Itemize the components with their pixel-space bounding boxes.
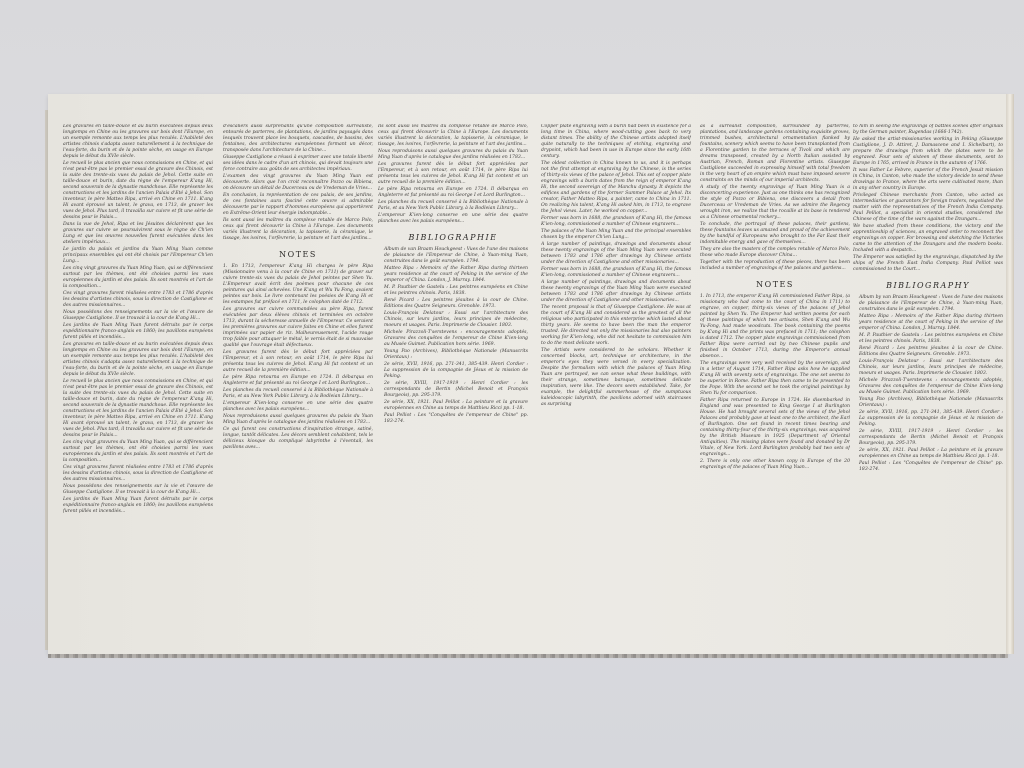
note: Le père Ripa retourna en Europe en 1724.…: [378, 187, 528, 199]
note: Les gravures sur cuivre commandées au pè…: [223, 307, 373, 349]
note: Les gravures furent dès le début fort ap…: [378, 162, 528, 186]
left-page-column-3: Ils sont aussi les maîtres du complexe r…: [378, 124, 528, 584]
bibliography-entry: 2e série, XX, 1921. Paul Pelliot : La pe…: [378, 400, 528, 412]
bibliographie-heading: BIBLIOGRAPHIE: [378, 235, 528, 241]
bibliography-entry: Michele Pirazzoli-T'serstevens : encoura…: [378, 330, 528, 348]
paragraph: Nous reproduisons aussi quelques gravure…: [378, 149, 528, 161]
bibliography-entry: Matteo Ripa : Memoirs of the Father Ripa…: [853, 314, 1003, 332]
paragraph: Les jardins de Yuan Ming Yuan furent dét…: [63, 323, 213, 341]
paragraph: as a surrealist composition, surrounded …: [700, 124, 850, 184]
paragraph: He asked the artist-missionaries working…: [853, 137, 1003, 167]
paragraph: Ces vingt gravures furent réalisées entr…: [63, 465, 213, 483]
right-page-column-3: to him in seeing the engravings of battl…: [853, 124, 1003, 614]
note: Les planches du recueil conservé à la Bi…: [223, 388, 373, 400]
note: 2. There is only one other known copy in…: [700, 459, 850, 471]
paragraph: d'escaliers aussi surprenants qu'une com…: [223, 124, 373, 154]
bibliography-entry: 2e série, XVIII, 1917-1919 : Henri Cordi…: [378, 381, 528, 399]
bibliography-entry: René Picard : Les peintres jésuites à la…: [378, 298, 528, 310]
paragraph: The palaces of the Yuan Ming Yuan and th…: [541, 229, 691, 241]
paragraph: Les cinq vingt gravures du Yuan Ming Yua…: [63, 266, 213, 290]
right-page-column-1: Copper plate engraving with a burin had …: [541, 124, 691, 604]
paragraph: They are also the masters of the complex…: [700, 247, 850, 259]
bibliography-entry: 2e série, XVIII, 1917-1919 : Henri Cordi…: [853, 429, 1003, 447]
paragraph: Les cinq vingt gravures du Yuan Ming Yua…: [63, 440, 213, 464]
paragraph: To conclude, the portrayal of these pala…: [700, 222, 850, 246]
paragraph: Former was born in 1688, the grandson of…: [541, 267, 691, 279]
note: 1. In 1713, the emperor K'ang Hi commiss…: [700, 294, 850, 360]
bibliography-entry: Matteo Ripa : Memoirs of the Father Ripa…: [378, 266, 528, 284]
right-page-column-2: as a surrealist composition, surrounded …: [700, 124, 850, 644]
paragraph: The oldest collection in China known to …: [541, 161, 691, 215]
paragraph: Nous possédons des renseignements sur la…: [63, 310, 213, 322]
paragraph: Giuseppe Castiglione a réussi à exprimer…: [223, 155, 373, 173]
paragraph: L'examen des vingt gravures du Yuan Ming…: [223, 174, 373, 192]
paragraph: Privileged Chinese merchants from Canton…: [853, 193, 1003, 223]
paragraph: The recent proposal is that of Giuseppe …: [541, 305, 691, 347]
paragraph: A large number of paintings, drawings an…: [541, 242, 691, 266]
bibliography-entry: M. P. Pauthier de Gastelu : Les peintres…: [378, 285, 528, 297]
bibliography-entry: Album by van Braam Houckgeest : Vues de …: [853, 295, 1003, 313]
paragraph: to him in seeing the engravings of battl…: [853, 124, 1003, 136]
paragraph: Nous reproduisons aussi quelques gravure…: [223, 414, 373, 426]
paragraph: En conclusion, la représentation de ces …: [223, 193, 373, 217]
paragraph: Ils sont aussi les maîtres du complexe r…: [378, 124, 528, 148]
paragraph: Le recueil le plus ancien que nous conna…: [63, 379, 213, 439]
bibliography-entry: Young Pao (Archives), Bibliothèque Natio…: [378, 349, 528, 361]
note: Father Ripa returned to Europe in 1724. …: [700, 398, 850, 458]
left-page-column-2: d'escaliers aussi surprenants qu'une com…: [223, 124, 373, 644]
bibliography-entry: Louis-François Delatour : Essai sur l'ar…: [853, 359, 1003, 377]
notes-heading-en: NOTES: [700, 282, 850, 288]
bibliography-heading: BIBLIOGRAPHY: [853, 283, 1003, 289]
paragraph: Ces vingt gravures furent réalisées entr…: [63, 291, 213, 309]
paragraph: Les gravures en taille-douce et au burin…: [63, 124, 213, 160]
paragraph: Le jardin du palais et jardins du Yuan M…: [63, 247, 213, 265]
paragraph: Dans la vue de Jehol, Ripa et les Jésuit…: [63, 222, 213, 246]
paragraph: Ils sont aussi les maîtres du complexe r…: [223, 218, 373, 242]
bibliography-entry: 2e série, XVII, 1916, pp. 271-341, 385-4…: [378, 362, 528, 380]
note: Le père Ripa retourna en Europe en 1724.…: [223, 375, 373, 387]
note: L'empereur K'ien-long conserve en une sé…: [378, 213, 528, 225]
paragraph: Les jardins de Yuan Ming Yuan furent dét…: [63, 497, 213, 515]
bibliography-entry: Michele Pirazzoli-T'serstevens : encoura…: [853, 378, 1003, 396]
paragraph: The Artists were considered to be schola…: [541, 348, 691, 408]
paper-right-edge: [1006, 94, 1014, 654]
bibliography-entry: René Picard : Les peintres jésuites à la…: [853, 346, 1003, 358]
bibliography-entry: Young Pao (Archives), Bibliothèque Natio…: [853, 397, 1003, 409]
paragraph: Le recueil le plus ancien que nous conna…: [63, 161, 213, 221]
paragraph: A study of the twenty engravings of Yuan…: [700, 185, 850, 221]
paragraph: Nous possédons des renseignements sur la…: [63, 484, 213, 496]
note: L'empereur K'ien-long conserve en une sé…: [223, 401, 373, 413]
paragraph: The Emperor was satisfied by the engravi…: [853, 255, 1003, 273]
bibliography-entry: 2e série, XX, 1921. Paul Pelliot : La pe…: [853, 448, 1003, 460]
paragraph: Ce qui furent ces constructions d'inspir…: [223, 427, 373, 451]
notes-heading-fr: NOTES: [223, 252, 373, 258]
document-page-spread: Les gravures en taille-douce et au burin…: [48, 94, 1008, 654]
bibliography-entry: Paul Pelliot : Les "Conquêtes de l'emper…: [378, 413, 528, 425]
bibliography-entry: Louis-François Delatour : Essai sur l'ar…: [378, 311, 528, 329]
paragraph: Les gravures en taille-douce et au burin…: [63, 342, 213, 378]
note: 1. En 1713, l'empereur K'ang Hi chargea …: [223, 264, 373, 306]
note: Les gravures furent dès le début fort ap…: [223, 350, 373, 374]
paragraph: It was Father Le Febvre, superior of the…: [853, 168, 1003, 192]
paragraph: Copper plate engraving with a burin had …: [541, 124, 691, 160]
bibliography-entry: M. P. Pauthier de Gastelu : Les peintres…: [853, 333, 1003, 345]
left-page-column-1: Les gravures en taille-douce et au burin…: [63, 124, 213, 644]
paragraph: Together with the reproduction of these …: [700, 260, 850, 272]
bibliography-entry: Paul Pelliot : Les "Conquêtes de l'emper…: [853, 461, 1003, 473]
note: The engravings were very well received b…: [700, 361, 850, 397]
paragraph: A large number of paintings, drawings an…: [541, 280, 691, 304]
bibliography-entry: Album de van Braam Houckgeest : Vues de …: [378, 247, 528, 265]
note: Les planches du recueil conservé à la Bi…: [378, 200, 528, 212]
paragraph: We have studied from these conditions, t…: [853, 224, 1003, 254]
bibliography-entry: 2e série, XVII, 1916, pp. 271-341, 385-4…: [853, 410, 1003, 428]
paragraph: Former was born in 1688, the grandson of…: [541, 216, 691, 228]
